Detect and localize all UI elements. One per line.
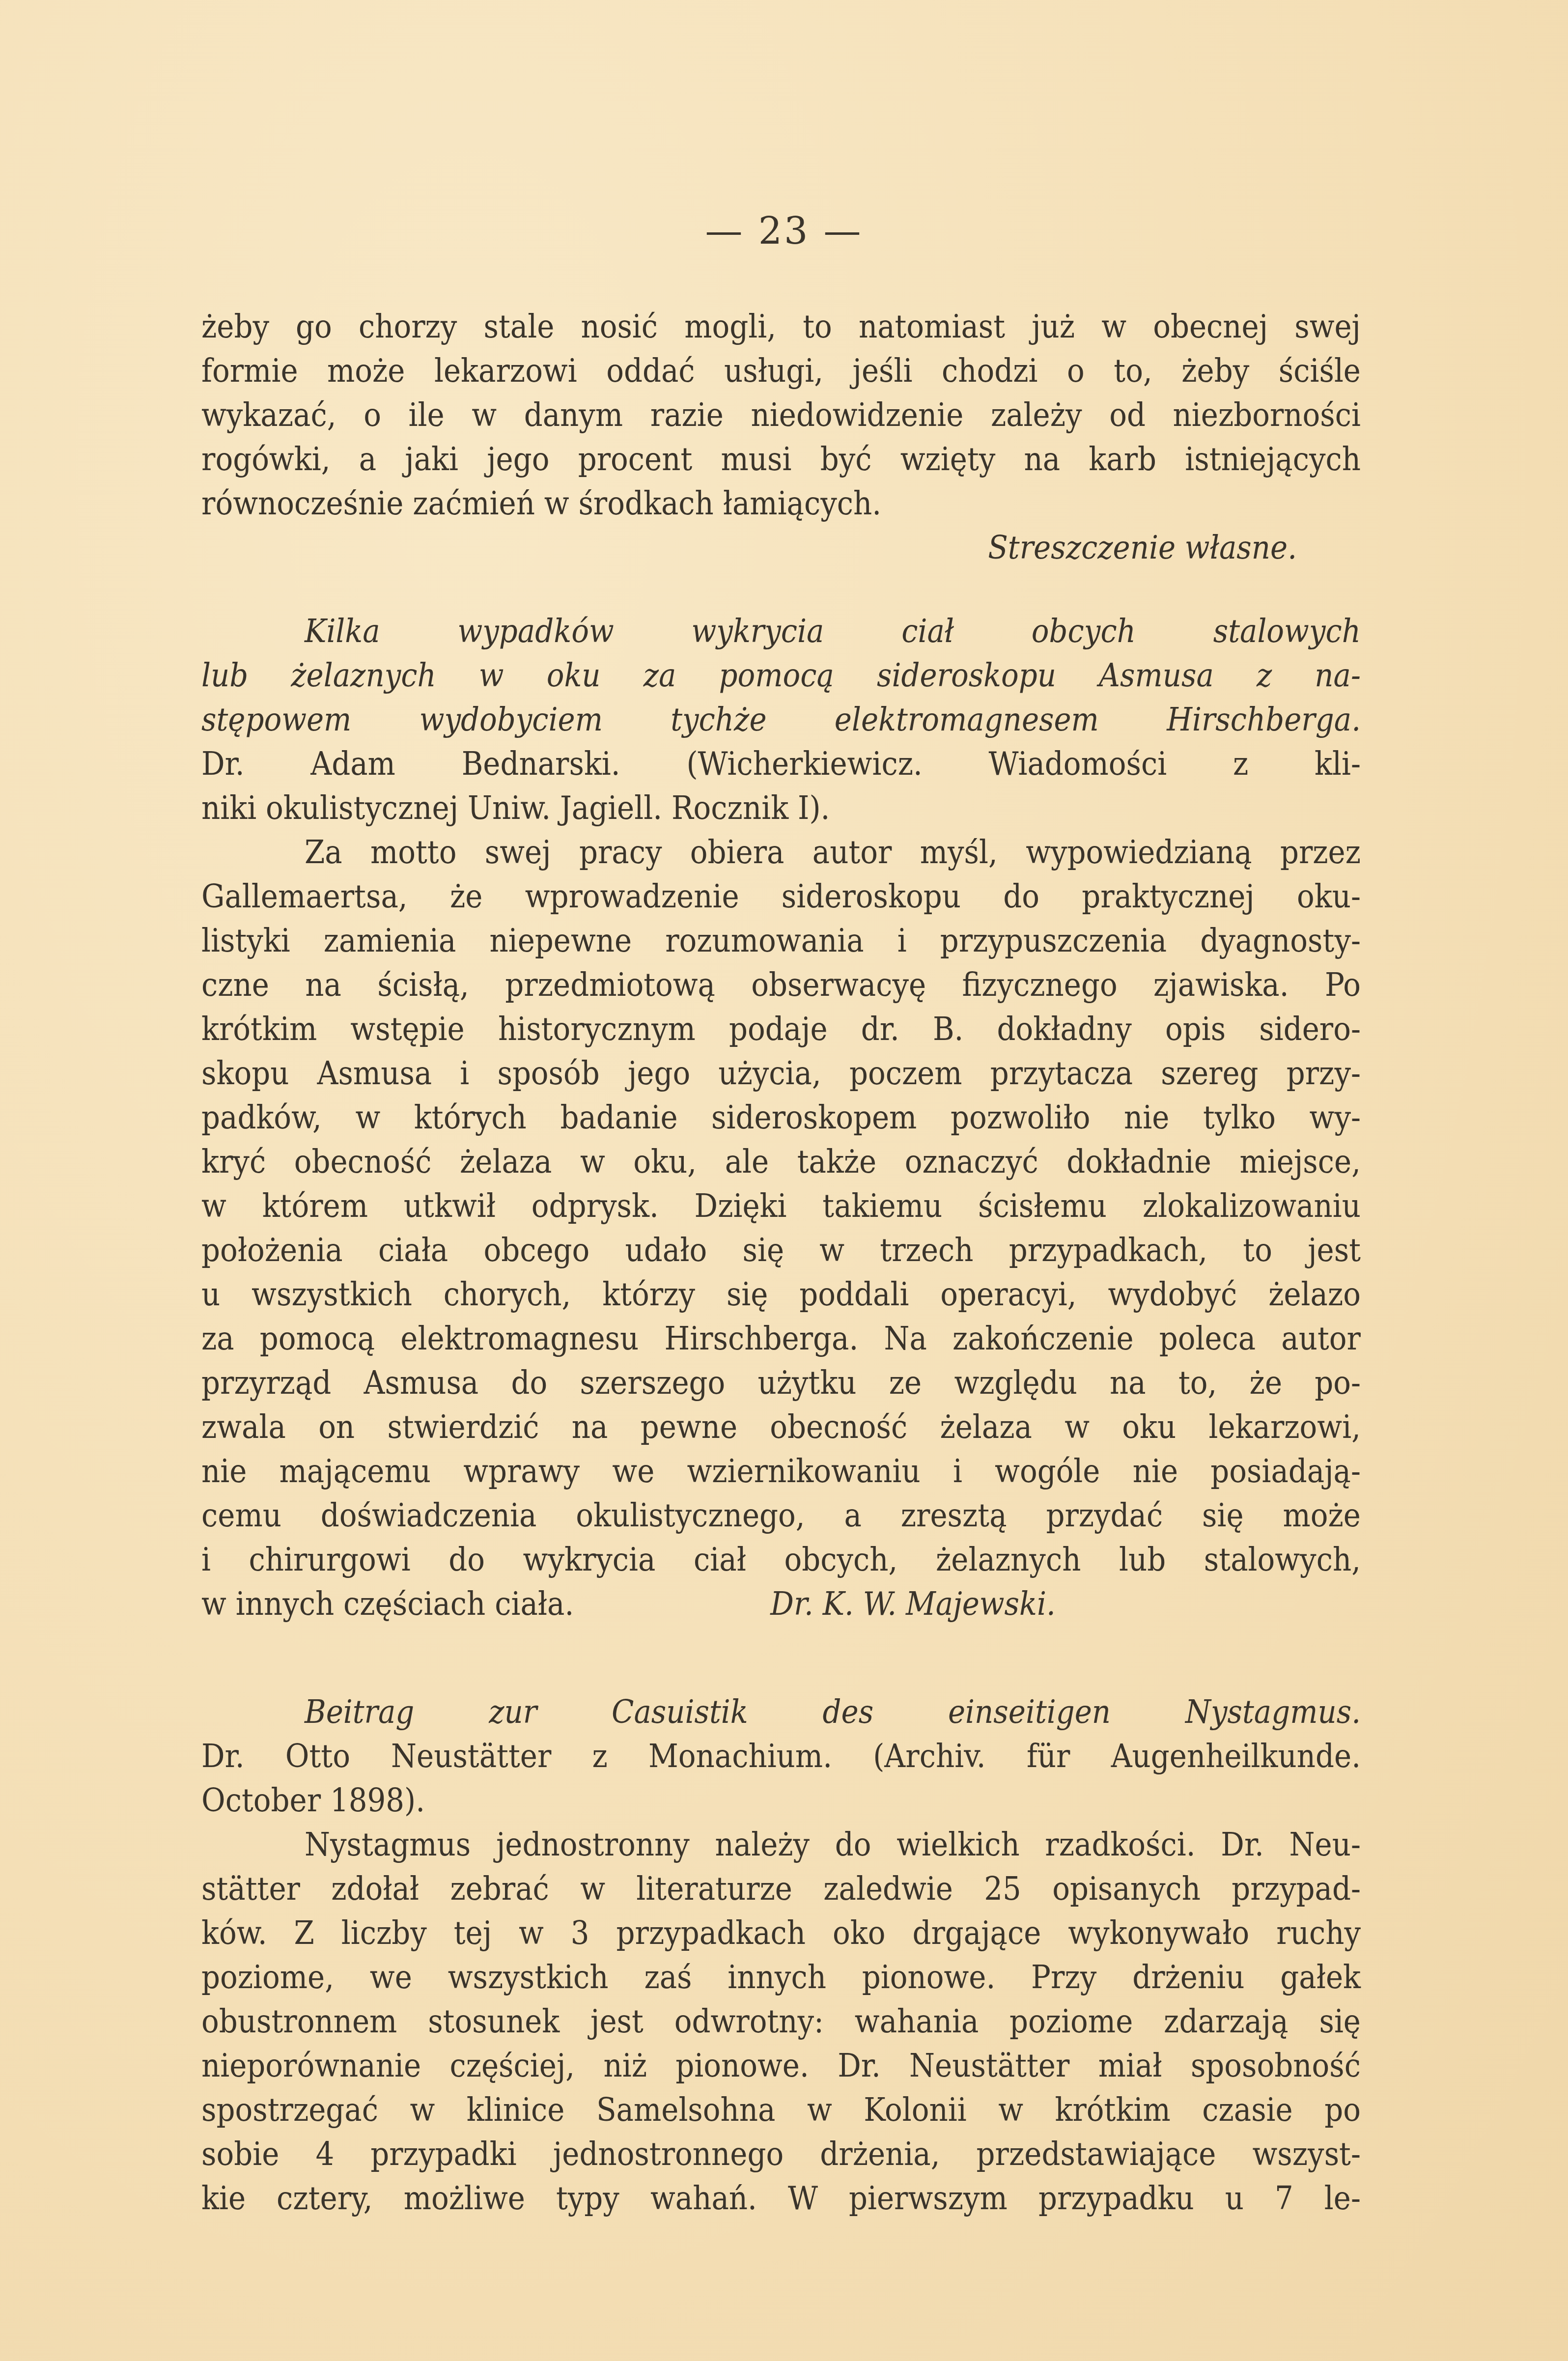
article-title: stępowem wydobyciem tychże elektromagnes… <box>201 698 1361 742</box>
text-line: poziome, we wszystkich zaś innych pionow… <box>201 1955 1361 1999</box>
text-line: skopu Asmusa i sposób jego użycia, pocze… <box>201 1051 1361 1096</box>
text-line: wykazać, o ile w danym razie niedowidzen… <box>201 393 1361 437</box>
text-line: krótkim wstępie historycznym podaje dr. … <box>201 1007 1361 1051</box>
article-title: Kilka wypadków wykrycia ciał obcych stal… <box>201 609 1361 653</box>
section-neustatter-review: Beitrag zur Casuistik des einseitigen Ny… <box>201 1690 1361 2220</box>
text-line: równocześnie zaćmień w środkach łamiącyc… <box>201 481 1361 526</box>
article-citation: Dr. Otto Neustätter z Monachium. (Archiv… <box>201 1734 1361 1778</box>
text-line: nie mającemu wprawy we wziernikowaniu i … <box>201 1449 1361 1493</box>
text-line: w którem utkwił odprysk. Dzięki takiemu … <box>201 1184 1361 1228</box>
text-line: obustronnem stosunek jest odwrotny: waha… <box>201 1999 1361 2044</box>
text-line: za pomocą elektromagnesu Hirschberga. Na… <box>201 1317 1361 1361</box>
article-title: Beitrag zur Casuistik des einseitigen Ny… <box>201 1690 1361 1734</box>
text-line: zwala on stwierdzić na pewne obecność że… <box>201 1405 1361 1449</box>
text-line: i chirurgowi do wykrycia ciał obcych, że… <box>201 1538 1361 1582</box>
article-citation: Dr. Adam Bednarski. (Wicherkiewicz. Wiad… <box>201 742 1361 786</box>
text-line: cemu doświadczenia okulistycznego, a zre… <box>201 1493 1361 1538</box>
text-line: padków, w których badanie sideroskopem p… <box>201 1096 1361 1140</box>
article-citation: niki okulistycznej Uniw. Jagiell. Roczni… <box>201 786 1361 830</box>
text-line: sobie 4 przypadki jednostronnego drżenia… <box>201 2132 1361 2176</box>
author-signature: Streszczenie własne. <box>201 526 1361 570</box>
text-line: w innych częściach ciała.Dr. K. W. Majew… <box>201 1582 1361 1626</box>
text-line: przyrząd Asmusa do szerszego użytku ze w… <box>201 1361 1361 1405</box>
text-line-end: w innych częściach ciała. <box>201 1585 574 1623</box>
text-line: listyki zamienia niepewne rozumowania i … <box>201 919 1361 963</box>
text-line: kryć obecność żelaza w oku, ale także oz… <box>201 1140 1361 1184</box>
page-body: żeby go chorzy stale nosić mogli, to nat… <box>201 305 1361 2220</box>
text-line: żeby go chorzy stale nosić mogli, to nat… <box>201 305 1361 349</box>
text-line: nieporównanie częściej, niż pionowe. Dr.… <box>201 2044 1361 2088</box>
text-line: czne na ścisłą, przedmiotową obserwacyę … <box>201 963 1361 1007</box>
page-number: — 23 — <box>0 209 1568 253</box>
text-line: Gallemaertsa, że wprowadzenie sideroskop… <box>201 874 1361 919</box>
text-line: u wszystkich chorych, którzy się poddali… <box>201 1272 1361 1317</box>
text-line: położenia ciała obcego udało się w trzec… <box>201 1228 1361 1272</box>
text-line: Za motto swej pracy obiera autor myśl, w… <box>201 830 1361 874</box>
text-line: formie może lekarzowi oddać usługi, jeśl… <box>201 349 1361 393</box>
text-line: ków. Z liczby tej w 3 przypadkach oko dr… <box>201 1911 1361 1955</box>
text-line: rogówki, a jaki jego procent musi być wz… <box>201 437 1361 481</box>
text-line: stätter zdołał zebrać w literaturze zale… <box>201 1867 1361 1911</box>
text-line: Nystagmus jednostronny należy do wielkic… <box>201 1823 1361 1867</box>
section-previous-review: żeby go chorzy stale nosić mogli, to nat… <box>201 305 1361 570</box>
text-line: kie cztery, możliwe typy wahań. W pierws… <box>201 2176 1361 2220</box>
text-line: spostrzegać w klinice Samelsohna w Kolon… <box>201 2088 1361 2132</box>
article-title: lub żelaznych w oku za pomocą sideroskop… <box>201 653 1361 698</box>
section-bednarski-review: Kilka wypadków wykrycia ciał obcych stal… <box>201 609 1361 1626</box>
article-citation: October 1898). <box>201 1778 1361 1823</box>
author-signature: Dr. K. W. Majewski. <box>770 1585 1056 1623</box>
